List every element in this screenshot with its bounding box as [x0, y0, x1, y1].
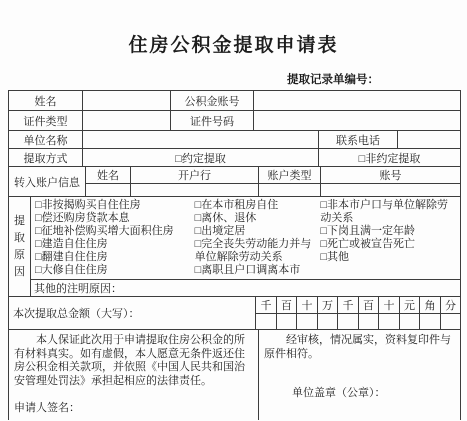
declaration-cell: 本人保证此次用于申请提取住房公积金的所有材料真实。如有虚假，本人愿意无条件返还住… [9, 330, 259, 420]
reason-column-3: □非本市户口与单位解除劳动关系 □下岗且满一定年龄 □死亡或被宣告死亡 □其他 [320, 199, 458, 277]
digit-field[interactable] [297, 314, 318, 330]
table-row: 证件类型 证件号码 [9, 111, 461, 131]
reason-option[interactable]: □完全丧失劳动能力并与单位解除劳动关系 [195, 238, 321, 264]
reason-option-label: 死亡或被宣告死亡 [327, 238, 415, 250]
id-number-label: 证件号码 [171, 111, 254, 131]
reason-option[interactable]: □在本市租房自住 [195, 199, 321, 212]
checkbox-icon[interactable]: □ [35, 225, 42, 237]
digit-field[interactable] [277, 314, 297, 330]
transfer-account-type-header: 账户类型 [259, 167, 321, 184]
unit-stamp-label[interactable]: 单位盖章（公章）： [264, 387, 455, 401]
digit-header: 千 [256, 297, 277, 314]
reason-option-label: 非按揭购买自住住房 [42, 199, 141, 211]
transfer-account-number-field[interactable] [321, 184, 461, 197]
table-row: 其他的注明原因： [9, 280, 461, 297]
digit-field[interactable] [379, 314, 400, 330]
table-row: 转入账户信息 姓名 开户行 账户类型 账号 [9, 167, 461, 184]
other-reason-field[interactable]: 其他的注明原因： [31, 280, 461, 297]
reason-option[interactable]: □死亡或被宣告死亡 [320, 238, 458, 251]
reason-table: 提取原因 □非按揭购买自住住房 □偿还购房贷款本息 □征地补偿购买增大面积住房 … [8, 196, 461, 297]
reason-option-label: 偿还购房贷款本息 [42, 212, 130, 224]
other-reason-label: 其他的注明原因： [34, 283, 122, 295]
checkbox-icon[interactable]: □ [35, 199, 42, 211]
digit-header: 角 [420, 297, 441, 314]
method-row-table: 提取方式 □约定提取 □非约定提取 [8, 148, 461, 167]
digit-field[interactable] [441, 314, 461, 330]
reason-option[interactable]: □征地补偿购买增大面积住房 [35, 225, 195, 238]
employer-row-table: 单位名称 联系电话 [8, 130, 461, 149]
name-label: 姓名 [9, 91, 83, 111]
phone-label: 联系电话 [319, 131, 398, 149]
digit-header: 分 [441, 297, 461, 314]
id-type-label: 证件类型 [9, 111, 83, 131]
reason-label: 提取原因 [9, 197, 31, 297]
reason-option[interactable]: □下岗且满一定年龄 [320, 225, 458, 238]
method-non-agreed-label: 非约定提取 [365, 153, 420, 165]
reason-option[interactable]: □离休、退休 [195, 212, 321, 225]
transfer-info-label: 转入账户信息 [9, 167, 86, 197]
basic-info-table: 姓名 公积金账号 证件类型 证件号码 [8, 90, 461, 131]
digit-header: 百 [277, 297, 297, 314]
reason-option-label: 大修自住住房 [42, 264, 108, 276]
digit-field[interactable] [256, 314, 277, 330]
reason-option[interactable]: □出境定居 [195, 225, 321, 238]
reason-column-1: □非按揭购买自住住房 □偿还购房贷款本息 □征地补偿购买增大面积住房 □建造自住… [35, 199, 195, 277]
transfer-account-number-header: 账号 [321, 167, 461, 184]
signature-table: 本人保证此次用于申请提取住房公积金的所有材料真实。如有虚假，本人愿意无条件返还住… [8, 329, 461, 420]
reason-option-label: 离职且户口调离本市 [201, 264, 300, 276]
transfer-bank-field[interactable] [131, 184, 259, 197]
digit-header: 万 [318, 297, 338, 314]
fund-account-label: 公积金账号 [171, 91, 254, 111]
reason-column-2: □在本市租房自住 □离休、退休 □出境定居 □完全丧失劳动能力并与单位解除劳动关… [195, 199, 321, 277]
table-row: 提取方式 □约定提取 □非约定提取 [9, 149, 461, 167]
table-row: 提取原因 □非按揭购买自住住房 □偿还购房贷款本息 □征地补偿购买增大面积住房 … [9, 197, 461, 280]
reason-option-label: 出境定居 [201, 225, 245, 237]
reason-option-label: 离休、退休 [201, 212, 256, 224]
checkbox-icon[interactable]: □ [35, 264, 42, 276]
checkbox-icon[interactable]: □ [35, 251, 42, 263]
table-row: 本次提取总金额（大写）： 千 百 十 万 千 百 十 元 角 分 [9, 297, 461, 314]
digit-header: 十 [379, 297, 400, 314]
transfer-account-type-field[interactable] [259, 184, 321, 197]
transfer-name-header: 姓名 [86, 167, 131, 184]
reason-option-label: 下岗且满一定年龄 [327, 225, 415, 237]
review-text: 经审核，情况属实，资料复印件与原件相符。 [264, 334, 455, 361]
reason-option-label: 非本市户口与单位解除劳动关系 [320, 199, 448, 224]
table-row: 本人保证此次用于申请提取住房公积金的所有材料真实。如有虚假，本人愿意无条件返还住… [9, 330, 461, 420]
record-number-label: 提取记录单编号： [0, 71, 467, 87]
transfer-bank-header: 开户行 [131, 167, 259, 184]
reason-option[interactable]: □翻建自住住房 [35, 251, 195, 264]
digit-header: 百 [359, 297, 379, 314]
transfer-account-table: 转入账户信息 姓名 开户行 账户类型 账号 [8, 166, 461, 197]
phone-field[interactable] [398, 131, 461, 149]
form-page: 住房公积金提取申请表 提取记录单编号： 姓名 公积金账号 证件类型 证件号码 单… [0, 0, 467, 421]
reason-option[interactable]: □非本市户口与单位解除劳动关系 [320, 199, 458, 225]
amount-label: 本次提取总金额（大写）： [9, 297, 256, 330]
digit-field[interactable] [338, 314, 359, 330]
page-title: 住房公积金提取申请表 [0, 30, 467, 57]
id-type-field[interactable] [83, 111, 171, 131]
reason-option-label: 在本市租房自住 [201, 199, 278, 211]
reason-option-label: 其他 [327, 251, 349, 263]
applicant-signature-label[interactable]: 申请人签名： [14, 402, 253, 416]
digit-header: 千 [338, 297, 359, 314]
review-cell: 经审核，情况属实，资料复印件与原件相符。 单位盖章（公章）： [259, 330, 461, 420]
amount-table: 本次提取总金额（大写）： 千 百 十 万 千 百 十 元 角 分 [8, 296, 461, 330]
reason-option-label: 征地补偿购买增大面积住房 [42, 225, 174, 237]
digit-field[interactable] [420, 314, 441, 330]
digit-header: 十 [297, 297, 318, 314]
checkbox-icon[interactable]: □ [35, 238, 42, 250]
digit-header: 元 [400, 297, 420, 314]
reason-option[interactable]: □非按揭购买自住住房 [35, 199, 195, 212]
reason-option[interactable]: □离职且户口调离本市 [195, 264, 321, 277]
reason-option-label: 翻建自住住房 [42, 251, 108, 263]
reason-option-label: 建造自住住房 [42, 238, 108, 250]
employer-label: 单位名称 [9, 131, 83, 149]
checkbox-icon[interactable]: □ [320, 199, 327, 211]
reason-option-label: 完全丧失劳动能力并与单位解除劳动关系 [195, 238, 312, 263]
transfer-name-field[interactable] [86, 184, 131, 197]
digit-field[interactable] [359, 314, 379, 330]
method-non-agreed-option[interactable]: □非约定提取 [319, 149, 461, 167]
digit-field[interactable] [318, 314, 338, 330]
checkbox-icon[interactable]: □ [175, 153, 182, 165]
id-number-field[interactable] [254, 111, 461, 131]
table-row: 单位名称 联系电话 [9, 131, 461, 149]
method-label: 提取方式 [9, 149, 83, 167]
table-row: 姓名 公积金账号 [9, 91, 461, 111]
method-agreed-option[interactable]: □约定提取 [83, 149, 319, 167]
method-agreed-label: 约定提取 [182, 153, 226, 165]
checkbox-icon[interactable]: □ [320, 225, 327, 237]
employer-field[interactable] [83, 131, 319, 149]
fund-account-field[interactable] [254, 91, 461, 111]
checkbox-icon[interactable]: □ [320, 238, 327, 250]
name-field[interactable] [83, 91, 171, 111]
reason-option[interactable]: □建造自住住房 [35, 238, 195, 251]
checkbox-icon[interactable]: □ [35, 212, 42, 224]
reason-options: □非按揭购买自住住房 □偿还购房贷款本息 □征地补偿购买增大面积住房 □建造自住… [31, 197, 461, 280]
checkbox-icon[interactable]: □ [320, 251, 327, 263]
reason-option[interactable]: □大修自住住房 [35, 264, 195, 277]
reason-option[interactable]: □偿还购房贷款本息 [35, 212, 195, 225]
digit-field[interactable] [400, 314, 420, 330]
reason-option[interactable]: □其他 [320, 251, 458, 264]
declaration-text: 本人保证此次用于申请提取住房公积金的所有材料真实。如有虚假，本人愿意无条件返还住… [14, 334, 253, 388]
